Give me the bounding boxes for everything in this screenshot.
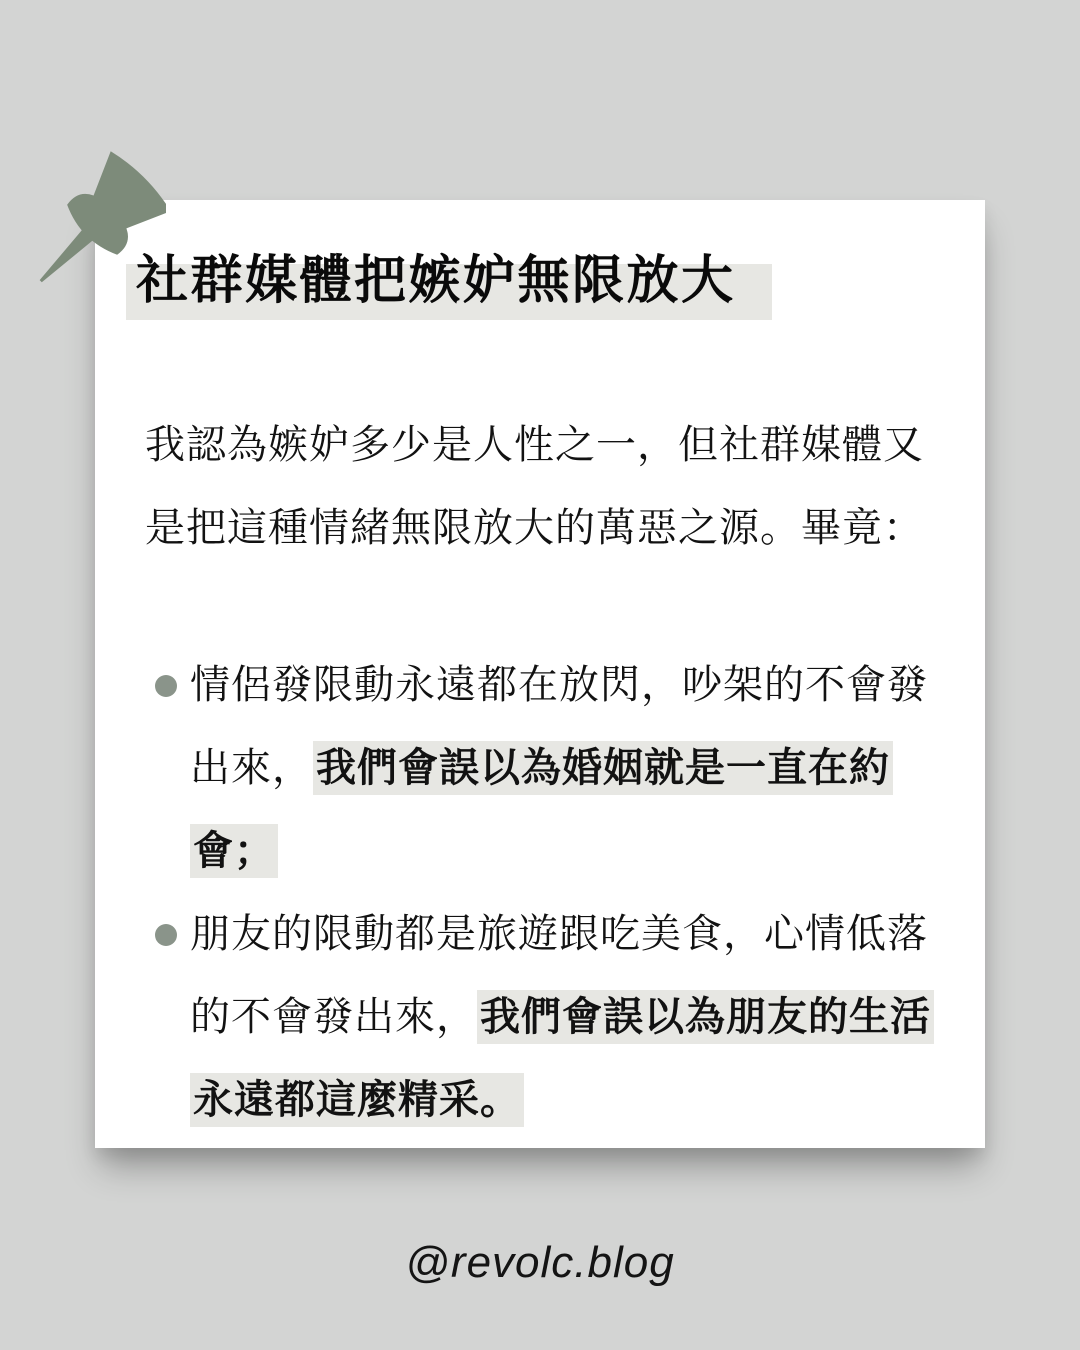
list-item: 情侶發限動永遠都在放閃，吵架的不會發出來，我們會誤以為婚姻就是一直在約會；: [155, 644, 955, 893]
intro-paragraph: 我認為嫉妒多少是人性之一，但社群媒體又是把這種情緒無限放大的萬惡之源。畢竟：: [145, 404, 943, 570]
bullet-text: 情侶發限動永遠都在放閃，吵架的不會發出來，我們會誤以為婚姻就是一直在約會；: [190, 644, 932, 893]
bullet-dot-icon: [155, 675, 177, 697]
bullet-dot-icon: [155, 924, 177, 946]
page-title-text: 社群媒體把嫉妒無限放大: [126, 248, 772, 322]
pushpin-icon: [4, 146, 166, 348]
bullet-list: 情侶發限動永遠都在放閃，吵架的不會發出來，我們會誤以為婚姻就是一直在約會； 朋友…: [155, 644, 955, 1142]
list-item: 朋友的限動都是旅遊跟吃美食，心情低落的不會發出來，我們會誤以為朋友的生活永遠都這…: [155, 893, 955, 1142]
account-handle: @revolc.blog: [0, 1238, 1080, 1288]
bullet-text: 朋友的限動都是旅遊跟吃美食，心情低落的不會發出來，我們會誤以為朋友的生活永遠都這…: [190, 893, 932, 1142]
page-background: { "colors":{ "bg":"#d3d4d3", "card":"#ff…: [0, 0, 1080, 1350]
content-card: 社群媒體把嫉妒無限放大 我認為嫉妒多少是人性之一，但社群媒體又是把這種情緒無限放…: [95, 200, 985, 1148]
page-title: 社群媒體把嫉妒無限放大: [126, 248, 772, 322]
